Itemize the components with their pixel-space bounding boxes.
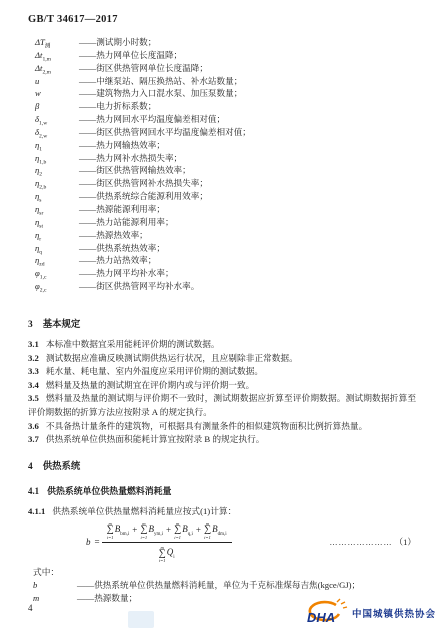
symbol-row: ηst——热力站能源利用率； xyxy=(35,216,424,229)
symbol-row: β——电力折标系数； xyxy=(35,100,424,113)
symbol-row: ηzd——热力站热效率； xyxy=(35,254,424,267)
symbol: φ1,c xyxy=(35,268,79,281)
equation-1: b = m∑i=1Bbm,i + m∑i=1Bym,i + m∑i=1Bq,i … xyxy=(28,521,416,563)
section-4-heading: 4供热系统 xyxy=(28,458,80,472)
section-3-clauses: 3.1本标准中数据宜采用能耗评价期的测试数据。 3.2测试数据应准确反映测试期供… xyxy=(28,338,416,447)
symbol-row: ηs——供热系统综合能源利用效率； xyxy=(35,190,424,203)
symbol-desc: ——街区供热管网输热效率； xyxy=(79,164,191,176)
clause: 3.3耗水量、耗电量、室内外温度应采用评价期的测试数据。 xyxy=(28,365,416,379)
symbol: δ1,w xyxy=(35,114,79,127)
symbol-row: Δt1,m——热力网单位长度温降； xyxy=(35,49,424,62)
denominator: m∑i=1Qi xyxy=(159,543,175,564)
clause: 3.6不具备热计量条件的建筑物，可根据具有测量条件的相似建筑物面积比例折算热量。 xyxy=(28,420,416,434)
clause-4-1-1: 4.1.1供热系统单位供热量燃料消耗量应按式(1)计算： xyxy=(28,505,236,517)
symbol: ηsr xyxy=(35,204,79,217)
symbol: w xyxy=(35,88,79,101)
symbol: ηst xyxy=(35,217,79,230)
symbol-desc: ——热力网单位长度温降； xyxy=(79,49,182,61)
symbol: ηq xyxy=(35,243,79,256)
symbol-desc: ——热源能源利用率； xyxy=(79,203,165,215)
symbol-desc: ——热力站热效率； xyxy=(79,254,156,266)
symbol-desc: ——热源热效率； xyxy=(79,229,148,241)
symbol-row: η1,b——热力网补水热损失率； xyxy=(35,152,424,165)
symbol: Δt1,m xyxy=(35,50,79,63)
clause: 3.5燃料量及热量的测试期与评价期不一致时，测试期数据应折算至评价期数据。测试期… xyxy=(28,392,416,419)
symbol-desc: ——供热系统单位供热量燃料消耗量，单位为千克标准煤每吉焦(kgce/GJ)； xyxy=(77,579,360,591)
equation-number: （1） xyxy=(395,536,417,548)
symbol: Δt2,m xyxy=(35,63,79,76)
symbol-row: ΔT测——测试期小时数； xyxy=(35,36,424,49)
symbol-desc: ——街区供热管网平均补水率。 xyxy=(79,280,199,292)
symbol: u xyxy=(35,76,79,89)
symbol-desc: ——供热系统热效率； xyxy=(79,242,165,254)
sum-symbol: m∑i=1 xyxy=(159,545,166,564)
symbol-desc: ——中继泵站、隔压换热站、补水站数量； xyxy=(79,75,242,87)
symbol-row: u——中继泵站、隔压换热站、补水站数量； xyxy=(35,75,424,88)
symbol: m xyxy=(33,593,77,603)
symbol-desc: ——电力折标系数； xyxy=(79,100,156,112)
dha-text: DHA xyxy=(307,610,335,625)
symbol-definition-list: ΔT测——测试期小时数； Δt1,m——热力网单位长度温降； Δt2,m——街区… xyxy=(35,36,424,293)
fraction: m∑i=1Bbm,i + m∑i=1Bym,i + m∑i=1Bq,i + m∑… xyxy=(102,521,232,563)
symbol-desc: ——街区供热管网单位长度温降； xyxy=(79,62,208,74)
clause: 3.4燃料量及热量的测试期宜在评价期内或与评价期一致。 xyxy=(28,379,416,393)
symbol-desc: ——建筑物热力入口混水泵、加压泵数量； xyxy=(79,87,242,99)
symbol-row: ηsr——热源能源利用率； xyxy=(35,203,424,216)
clause: 3.1本标准中数据宜采用能耗评价期的测试数据。 xyxy=(28,338,416,352)
dha-logo-icon: DHA xyxy=(296,597,348,629)
clause: 3.7供热系统单位供热面积能耗计算宜按附录 B 的规定执行。 xyxy=(28,433,416,447)
symbol: η1,b xyxy=(35,153,79,166)
equation-body: b = m∑i=1Bbm,i + m∑i=1Bym,i + m∑i=1Bq,i … xyxy=(86,521,232,563)
symbol-row: ηq——供热系统热效率； xyxy=(35,242,424,255)
symbol-row: ηr——热源热效率； xyxy=(35,229,424,242)
standard-number: GB/T 34617—2017 xyxy=(28,14,118,25)
symbol-row: δ2,w——街区供热管网回水平均温度偏差相对值； xyxy=(35,126,424,139)
association-name: 中国城镇供热协会 xyxy=(352,606,436,620)
document-page: GB/T 34617—2017 ΔT测——测试期小时数； Δt1,m——热力网单… xyxy=(0,0,442,632)
numerator: m∑i=1Bbm,i + m∑i=1Bym,i + m∑i=1Bq,i + m∑… xyxy=(102,521,232,543)
symbol: ηzd xyxy=(35,255,79,268)
symbol: ΔT测 xyxy=(35,37,79,50)
symbol-desc: ——街区供热管网补水热损失率； xyxy=(79,177,208,189)
watermark-stamp xyxy=(128,611,154,628)
symbol: ηs xyxy=(35,191,79,204)
page-number: 4 xyxy=(28,603,33,613)
symbol: β xyxy=(35,101,79,114)
symbol-row: Δt2,m——街区供热管网单位长度温降； xyxy=(35,62,424,75)
symbol-desc: ——供热系统综合能源利用效率； xyxy=(79,190,208,202)
dot-leader: ………………… xyxy=(330,538,393,547)
symbol-desc: ——测试期小时数； xyxy=(79,36,156,48)
section-4-1-heading: 4.1供热系统单位供热量燃料消耗量 xyxy=(28,484,171,497)
symbol: φ2,c xyxy=(35,281,79,294)
association-logo: DHA 中国城镇供热协会 xyxy=(296,597,436,629)
sum-symbol: m∑i=1 xyxy=(204,521,211,540)
symbol-row: η2——街区供热管网输热效率； xyxy=(35,164,424,177)
symbol-row: η1——热力网输热效率； xyxy=(35,139,424,152)
symbol: ηr xyxy=(35,230,79,243)
symbol-desc: ——热力网平均补水率； xyxy=(79,267,174,279)
symbol: η2,b xyxy=(35,178,79,191)
symbol-desc: ——热力网输热效率； xyxy=(79,139,165,151)
symbol-desc: ——热源数量； xyxy=(77,592,137,604)
symbol: δ2,w xyxy=(35,127,79,140)
symbol-desc: ——街区供热管网回水平均温度偏差相对值； xyxy=(79,126,251,138)
section-3-heading: 3基本规定 xyxy=(28,316,80,330)
symbol-row: η2,b——街区供热管网补水热损失率； xyxy=(35,177,424,190)
sum-symbol: m∑i=1 xyxy=(140,521,147,540)
symbol: b xyxy=(33,580,77,590)
where-label: 式中： xyxy=(33,566,424,579)
symbol-row: δ1,w——热力网回水平均温度偏差相对值； xyxy=(35,113,424,126)
symbol-row: φ1,c——热力网平均补水率； xyxy=(35,267,424,280)
symbol: η1 xyxy=(35,140,79,153)
symbol-row: w——建筑物热力入口混水泵、加压泵数量； xyxy=(35,87,424,100)
symbol-desc: ——热力站能源利用率； xyxy=(79,216,174,228)
where-row: b——供热系统单位供热量燃料消耗量，单位为千克标准煤每吉焦(kgce/GJ)； xyxy=(33,579,424,592)
sum-symbol: m∑i=1 xyxy=(107,521,114,540)
symbol: η2 xyxy=(35,165,79,178)
symbol-desc: ——热力网补水热损失率； xyxy=(79,152,182,164)
clause: 3.2测试数据应准确反映测试期供热运行状况，且应剔除非正常数据。 xyxy=(28,352,416,366)
equation-tail: ………………… （1） xyxy=(330,536,417,548)
symbol-row: φ2,c——街区供热管网平均补水率。 xyxy=(35,280,424,293)
sum-symbol: m∑i=1 xyxy=(174,521,181,540)
symbol-desc: ——热力网回水平均温度偏差相对值； xyxy=(79,113,225,125)
